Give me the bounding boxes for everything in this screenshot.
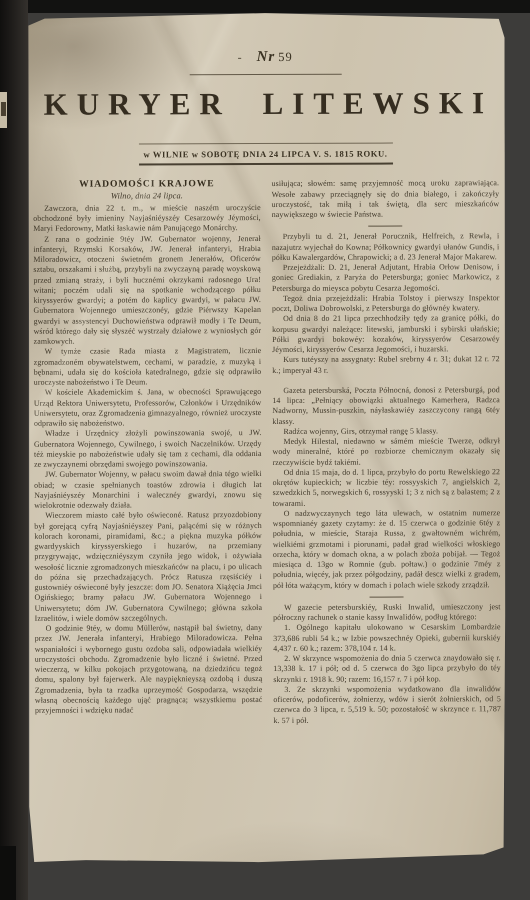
scan-background-top [0,0,530,13]
paragraph: Od dnia 8 do 21 lipca przechhodziły tędy… [272,314,500,356]
paragraph: 3. Ze skrzynki wspomożenia wydatkowano d… [273,684,501,726]
paragraph: O nadzwyczaynych tego láta ulewach, w os… [273,508,501,591]
paragraph: Przybyli tu d. 21, Jenerał Porucznik, He… [272,232,500,264]
paragraph-continuation: usiłująca; słowém: samę przyjemność mocą… [272,179,500,221]
section-divider [368,226,402,227]
paragraph: Od dnia 15 maja, do d. 1 lipca, przybyło… [273,467,501,509]
paragraph: Z rana o godzinie 9téy JW. Gubernator wo… [33,234,261,348]
paragraph: Przejeżdżali: D. 21, Jenerał Adjutant, H… [272,262,500,294]
scan-background-left [0,0,28,900]
paragraph: Tegoż dnia przejeżdżali: Hrabia Tolstoy … [272,293,500,314]
paragraph: 2. W skrzynce wspomożenia do dnia 5 czer… [273,653,501,685]
date-rule-top [138,143,392,145]
issue-line: -Nr59 [26,48,505,67]
left-column: WIADOMOŚCI KRAJOWE Wilno, dnia 24 lipca.… [33,179,262,726]
newspaper-page: -Nr59 KURYER LITEWSKI w WILNIE w SOBOTĘ … [25,10,507,876]
date-rule-bottom [139,163,393,166]
paragraph: JW. Gubernator Wojenny, w pałacu swoim d… [34,469,262,511]
newspaper-title: KURYER LITEWSKI [26,85,505,123]
paragraph: O godzinie 9téy, w domu Müllerów, nastąp… [35,623,263,716]
paragraph: Zawczora, dnia 22 t. m., w mieście naszé… [33,203,261,235]
masthead-rule [189,74,341,76]
issue-label: Nr [257,49,276,65]
date-bar: w WILNIE w SOBOTĘ DNIA 24 LIPCA V. S. 18… [138,143,392,166]
issue-number: 59 [278,50,293,64]
binding-shadow [0,846,16,900]
issue-dash: - [238,50,243,64]
paragraph: Wieczorem miasto całé było oświeconé. Ra… [34,510,262,624]
article-columns: WIADOMOŚCI KRAJOWE Wilno, dnia 24 lipca.… [33,179,501,727]
paragraph: Władze i Urzędnicy złożyli powinszowania… [34,428,262,470]
adjacent-page-edge [0,92,7,128]
paragraph: W kościele Akademickim ś. Jana, w obecno… [34,387,262,429]
paragraph: W tymże czasie Rada miasta z Magistratem… [34,346,262,388]
section-divider [370,596,404,597]
article-dateline: Wilno, dnia 24 lipca. [33,191,261,202]
paragraph: Medyk Hilestal, niedawno w sámém mieście… [272,436,500,468]
publication-dateline: w WILNIE w SOBOTĘ DNIA 24 LIPCA V. S. 18… [138,149,392,160]
masthead: -Nr59 KURYER LITEWSKI w WILNIE w SOBOTĘ … [26,48,505,166]
section-heading: WIADOMOŚCI KRAJOWE [33,179,261,190]
paragraph: Gazeta petersburská, Poczta Północná, do… [272,385,500,427]
paragraph: 1. Ogólnego kapitału ulokowano w Cesarsk… [273,623,501,655]
paragraph: Kurs tutéyszy na assygnaty: Rubel srebrn… [272,355,500,376]
paragraph: W gazecie petersburskiéy, Ruski Inwalid,… [273,602,501,623]
right-column: usiłująca; słowém: samę przyjemność mocą… [272,179,501,726]
